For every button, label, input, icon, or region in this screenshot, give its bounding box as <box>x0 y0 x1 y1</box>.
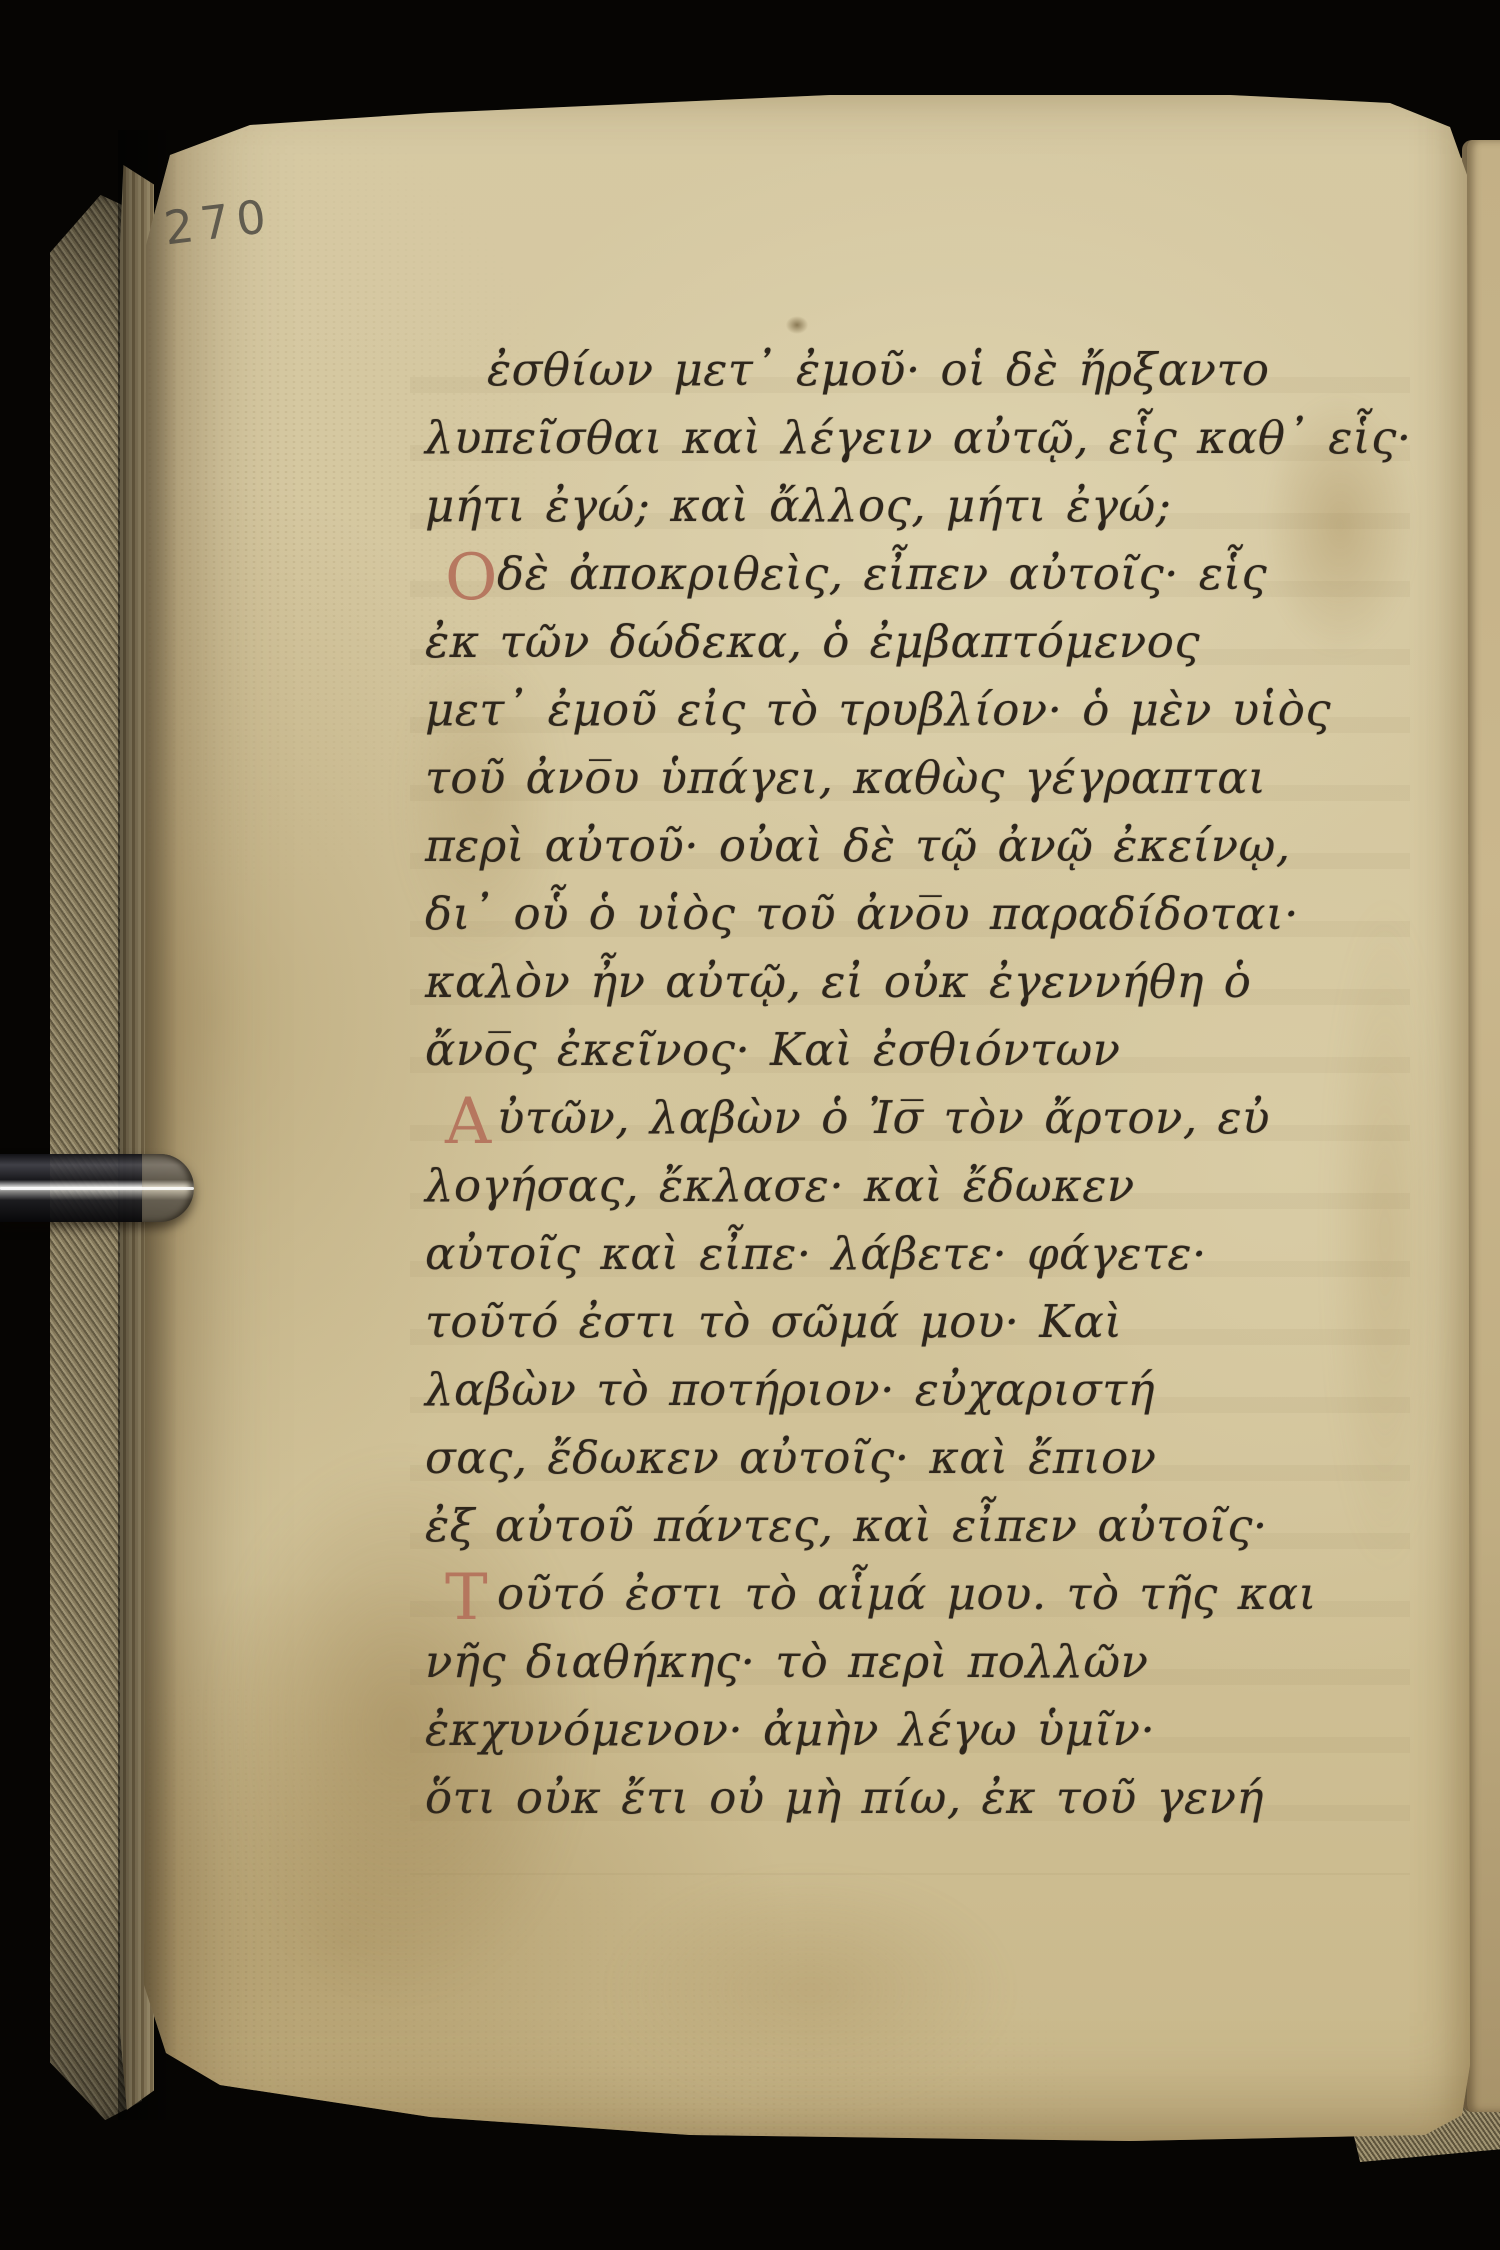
manuscript-line: λυπεῖσθαι καὶ λέγειν αὐτῷ, εἷς καθ᾽ εἷς· <box>425 404 1455 472</box>
line-text: αὐτοῖς καὶ εἶπε· λάβετε· φάγετε· <box>425 1227 1207 1280</box>
ink-stain <box>782 313 812 337</box>
line-text: περὶ αὐτοῦ· οὐαὶ δὲ τῷ ἀνῷ ἐκείνῳ, <box>425 819 1291 872</box>
line-text: ἄνο̅ς ἐκεῖνος· Καὶ ἐσθιόντων <box>425 1023 1121 1076</box>
line-text: ὐτῶν, λαβὼν ὁ Ἰσ̅ τὸν ἄρτον, εὐ <box>497 1091 1270 1144</box>
rubric-initial: Α <box>445 1090 492 1154</box>
line-text: σας, ἔδωκεν αὐτοῖς· καὶ ἔπιον <box>425 1431 1157 1484</box>
manuscript-line: ἐκχυνόμενον· ἀμὴν λέγω ὑμῖν· <box>425 1696 1455 1764</box>
manuscript-line: μήτι ἐγώ; καὶ ἄλλος, μήτι ἐγώ; <box>425 472 1455 540</box>
manuscript-line: Οδὲ ἀποκριθεὶς, εἶπεν αὐτοῖς· εἷς <box>425 540 1455 608</box>
manuscript-line: ἐκ τῶν δώδεκα, ὁ ἐμβαπτόμενος <box>425 608 1455 676</box>
line-text: τοῦ ἀνο̅υ ὑπάγει, καθὼς γέγραπται <box>425 751 1266 804</box>
manuscript-line: Αὐτῶν, λαβὼν ὁ Ἰσ̅ τὸν ἄρτον, εὐ <box>425 1084 1455 1152</box>
line-text: δι᾽ οὗ ὁ υἱὸς τοῦ ἀνο̅υ παραδίδοται· <box>425 887 1299 940</box>
glass-page-weight <box>0 1154 194 1222</box>
manuscript-line: ὅτι οὐκ ἔτι οὐ μὴ πίω, ἐκ τοῦ γενή <box>425 1764 1455 1832</box>
manuscript-line: λογήσας, ἔκλασε· καὶ ἔδωκεν <box>425 1152 1455 1220</box>
line-text: ἐκ τῶν δώδεκα, ὁ ἐμβαπτόμενος <box>425 615 1200 668</box>
manuscript-line: νῆς διαθήκης· τὸ περὶ πολλῶν <box>425 1628 1455 1696</box>
line-text: λυπεῖσθαι καὶ λέγειν αὐτῷ, εἷς καθ᾽ εἷς· <box>425 411 1412 464</box>
manuscript-line: μετ᾽ ἐμοῦ εἰς τὸ τρυβλίον· ὁ μὲν υἱὸς <box>425 676 1455 744</box>
manuscript-line: σας, ἔδωκεν αὐτοῖς· καὶ ἔπιον <box>425 1424 1455 1492</box>
glass-rod-highlight <box>0 1187 194 1190</box>
line-text: οῦτό ἐστι τὸ αἷμά μου. τὸ τῆς και <box>497 1567 1317 1620</box>
manuscript-line: δι᾽ οὗ ὁ υἱὸς τοῦ ἀνο̅υ παραδίδοται· <box>425 880 1455 948</box>
folio-number: 270 <box>161 189 276 256</box>
manuscript-line: περὶ αὐτοῦ· οὐαὶ δὲ τῷ ἀνῷ ἐκείνῳ, <box>425 812 1455 880</box>
line-text: ὅτι οὐκ ἔτι οὐ μὴ πίω, ἐκ τοῦ γενή <box>425 1771 1264 1824</box>
manuscript-line: ἐσθίων μετ᾽ ἐμοῦ· οἱ δὲ ἤρξαντο <box>425 336 1455 404</box>
line-text: τοῦτό ἐστι τὸ σῶμά μου· Καὶ <box>425 1295 1122 1348</box>
line-text: νῆς διαθήκης· τὸ περὶ πολλῶν <box>425 1635 1148 1688</box>
rubric-initial: Τ <box>445 1566 488 1630</box>
line-text: λαβὼν τὸ ποτήριον· εὐχαριστή <box>425 1363 1155 1416</box>
manuscript-line: ἄνο̅ς ἐκεῖνος· Καὶ ἐσθιόντων <box>425 1016 1455 1084</box>
manuscript-line: λαβὼν τὸ ποτήριον· εὐχαριστή <box>425 1356 1455 1424</box>
manuscript-line: καλὸν ἦν αὐτῷ, εἰ οὐκ ἐγεννήθη ὁ <box>425 948 1455 1016</box>
parchment-page: 270 ἐσθίων μετ᾽ ἐμοῦ· οἱ δὲ ἤρξαντολυπεῖ… <box>130 85 1472 2145</box>
line-text: μήτι ἐγώ; καὶ ἄλλος, μήτι ἐγώ; <box>425 479 1171 532</box>
manuscript-line: Τοῦτό ἐστι τὸ αἷμά μου. τὸ τῆς και <box>425 1560 1455 1628</box>
manuscript-line: τοῦ ἀνο̅υ ὑπάγει, καθὼς γέγραπται <box>425 744 1455 812</box>
rubric-initial: Ο <box>445 546 498 610</box>
manuscript-line: αὐτοῖς καὶ εἶπε· λάβετε· φάγετε· <box>425 1220 1455 1288</box>
line-text: ἐξ αὐτοῦ πάντες, καὶ εἶπεν αὐτοῖς· <box>425 1499 1268 1552</box>
line-text: ἐκχυνόμενον· ἀμὴν λέγω ὑμῖν· <box>425 1703 1155 1756</box>
manuscript-line: τοῦτό ἐστι τὸ σῶμά μου· Καὶ <box>425 1288 1455 1356</box>
line-text: μετ᾽ ἐμοῦ εἰς τὸ τρυβλίον· ὁ μὲν υἱὸς <box>425 683 1331 736</box>
line-text: ἐσθίων μετ᾽ ἐμοῦ· οἱ δὲ ἤρξαντο <box>487 343 1270 396</box>
manuscript-photo: 270 ἐσθίων μετ᾽ ἐμοῦ· οἱ δὲ ἤρξαντολυπεῖ… <box>0 0 1500 2250</box>
line-text: δὲ ἀποκριθεὶς, εἶπεν αὐτοῖς· εἷς <box>497 547 1267 600</box>
parchment-stain <box>530 1825 1090 2155</box>
line-text: καλὸν ἦν αὐτῷ, εἰ οὐκ ἐγεννήθη ὁ <box>425 955 1251 1008</box>
text-block: ἐσθίων μετ᾽ ἐμοῦ· οἱ δὲ ἤρξαντολυπεῖσθαι… <box>425 336 1455 1832</box>
line-text: λογήσας, ἔκλασε· καὶ ἔδωκεν <box>425 1159 1135 1212</box>
manuscript-line: ἐξ αὐτοῦ πάντες, καὶ εἶπεν αὐτοῖς· <box>425 1492 1455 1560</box>
